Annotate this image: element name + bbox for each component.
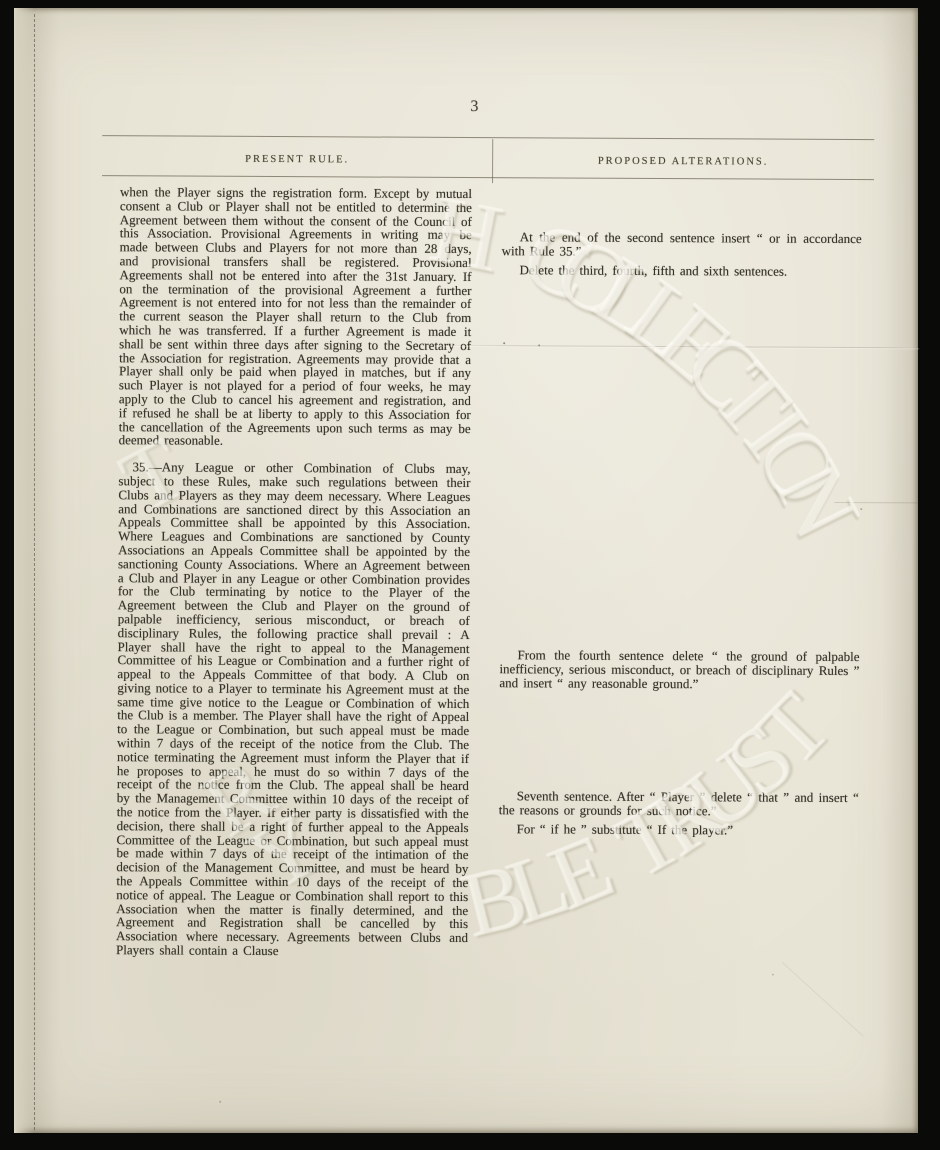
alteration-block-2: From the fourth sentence delete “ the gr… — [499, 648, 859, 691]
rule-continuation-paragraph: when the Player signs the registration f… — [119, 185, 472, 449]
paper-crease — [782, 962, 864, 1037]
alteration-text: From the fourth sentence delete “ the gr… — [499, 648, 859, 691]
rule-35-paragraph: 35.—Any League or other Combination of C… — [116, 460, 471, 959]
alteration-text: Delete the third, fourth, fifth and sixt… — [502, 263, 862, 279]
alteration-text: At the end of the second sentence insert… — [502, 230, 862, 259]
proposed-alterations-header: PROPOSED ALTERATIONS. — [492, 155, 874, 168]
present-rule-header: PRESENT RULE. — [102, 153, 492, 166]
page-number: 3 — [102, 96, 846, 118]
paper-crease — [435, 345, 919, 349]
page-sheet: 3 PRESENT RULE. PROPOSED ALTERATIONS. wh… — [14, 8, 918, 1133]
page-content: 3 PRESENT RULE. PROPOSED ALTERATIONS. wh… — [11, 6, 921, 1136]
alteration-text: For “ if he ” substitute “ If the player… — [499, 822, 859, 838]
header-rule-top — [102, 135, 874, 140]
alteration-block-1: At the end of the second sentence insert… — [502, 230, 862, 278]
scanned-page: 3 PRESENT RULE. PROPOSED ALTERATIONS. wh… — [0, 0, 940, 1150]
alteration-block-3: Seventh sentence. After “ Player ” delet… — [499, 789, 859, 837]
paper-crease — [834, 502, 918, 503]
present-rule-column: when the Player signs the registration f… — [116, 185, 472, 959]
header-rule-bottom — [102, 175, 874, 180]
alteration-text: Seventh sentence. After “ Player ” delet… — [499, 789, 859, 818]
dust-specks — [17, 6, 19, 8]
